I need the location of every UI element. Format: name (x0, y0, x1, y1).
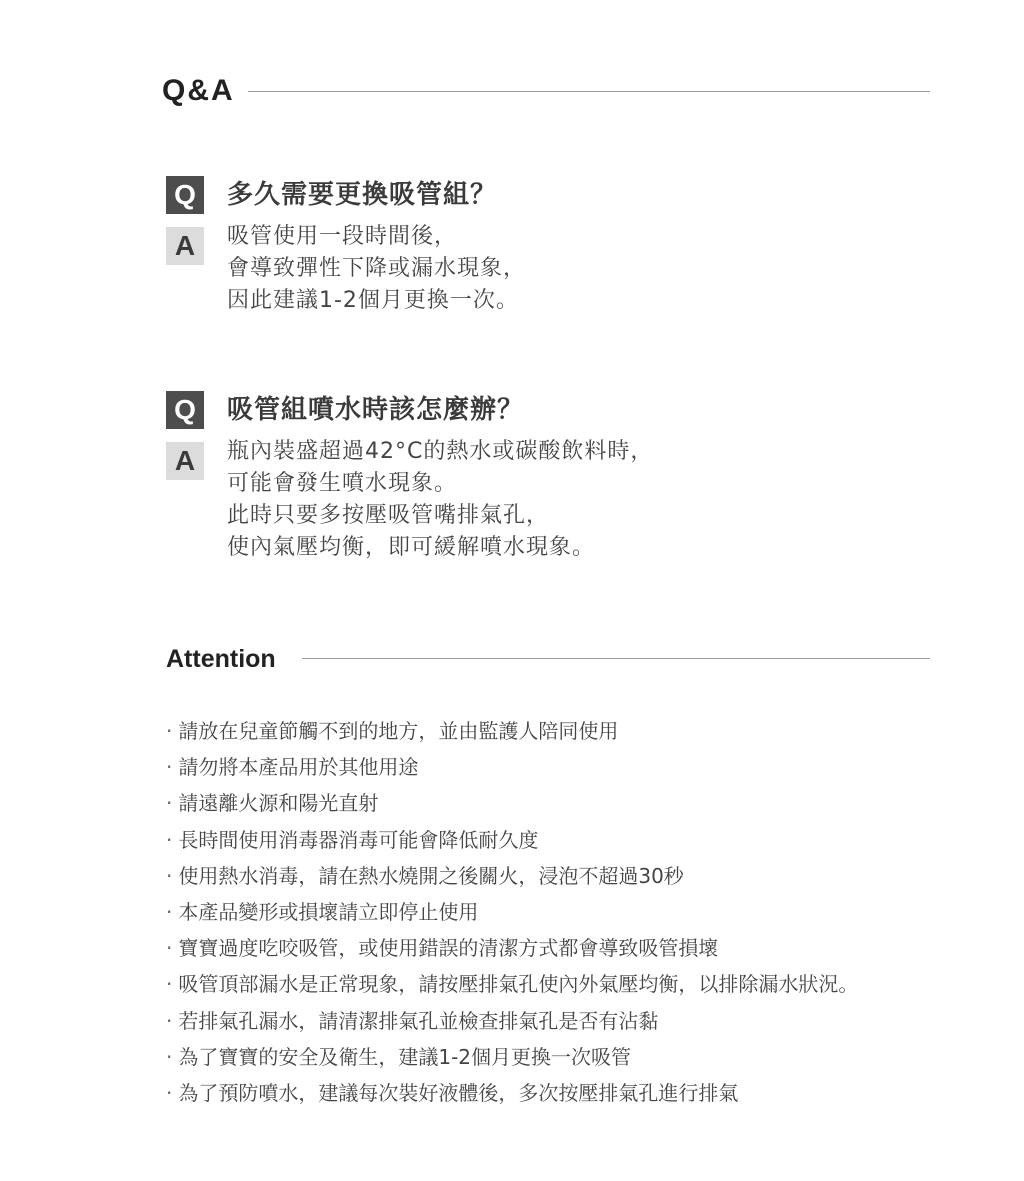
list-item-text: 使用熱水消毒，請在熱水燒開之後關火，浸泡不超過30秒 (178, 864, 683, 888)
list-item-text: 為了預防噴水，建議每次裝好液體後，多次按壓排氣孔進行排氣 (178, 1081, 738, 1105)
list-item-text: 請遠離火源和陽光直射 (178, 791, 378, 815)
answer-row: A 吸管使用一段時間後， 會導致彈性下降或漏水現象， 因此建議1-2個月更換一次… (166, 227, 526, 317)
answer-line: 因此建議1-2個月更換一次。 (227, 285, 526, 317)
attention-list: ·請放在兒童節觸不到的地方，並由監護人陪同使用 ·請勿將本產品用於其他用途 ·請… (166, 713, 858, 1111)
q-badge: Q (166, 391, 204, 429)
answer-line: 使內氣壓均衡，即可緩解噴水現象。 (227, 532, 653, 564)
attention-section-title: Attention (166, 645, 276, 674)
bullet-icon: · (166, 936, 172, 960)
a-badge: A (166, 442, 204, 480)
answer-line: 會導致彈性下降或漏水現象， (227, 253, 526, 285)
list-item: ·請勿將本產品用於其他用途 (166, 749, 858, 785)
question-text: 吸管組噴水時該怎麼辦？ (227, 391, 524, 429)
answer-text: 吸管使用一段時間後， 會導致彈性下降或漏水現象， 因此建議1-2個月更換一次。 (227, 221, 526, 317)
attention-divider (302, 658, 930, 659)
list-item: ·若排氣孔漏水，請清潔排氣孔並檢查排氣孔是否有沾黏 (166, 1003, 858, 1039)
question-row: Q 多久需要更換吸管組？ (166, 176, 526, 214)
list-item-text: 寶寶過度吃咬吸管，或使用錯誤的清潔方式都會導致吸管損壞 (178, 936, 718, 960)
list-item: ·請放在兒童節觸不到的地方，並由監護人陪同使用 (166, 713, 858, 749)
bullet-icon: · (166, 1009, 172, 1033)
bullet-icon: · (166, 1045, 172, 1069)
list-item-text: 吸管頂部漏水是正常現象，請按壓排氣孔使內外氣壓均衡，以排除漏水狀況。 (178, 972, 858, 996)
bullet-icon: · (166, 719, 172, 743)
list-item: ·請遠離火源和陽光直射 (166, 785, 858, 821)
qa-divider (248, 91, 930, 92)
list-item-text: 請勿將本產品用於其他用途 (178, 755, 418, 779)
q-badge: Q (166, 176, 204, 214)
list-item: ·為了預防噴水，建議每次裝好液體後，多次按壓排氣孔進行排氣 (166, 1075, 858, 1111)
bullet-icon: · (166, 900, 172, 924)
answer-line: 可能會發生噴水現象。 (227, 468, 653, 500)
bullet-icon: · (166, 972, 172, 996)
list-item-text: 本產品變形或損壞請立即停止使用 (178, 900, 478, 924)
list-item: ·本產品變形或損壞請立即停止使用 (166, 894, 858, 930)
qa-item: Q 吸管組噴水時該怎麼辦？ A 瓶內裝盛超過42°C的熱水或碳酸飲料時， 可能會… (166, 391, 653, 564)
question-text: 多久需要更換吸管組？ (227, 176, 497, 214)
answer-line: 瓶內裝盛超過42°C的熱水或碳酸飲料時， (227, 436, 653, 468)
qa-section-title: Q&A (162, 74, 235, 108)
bullet-icon: · (166, 864, 172, 888)
list-item: ·寶寶過度吃咬吸管，或使用錯誤的清潔方式都會導致吸管損壞 (166, 930, 858, 966)
a-badge: A (166, 227, 204, 265)
list-item: ·使用熱水消毒，請在熱水燒開之後關火，浸泡不超過30秒 (166, 858, 858, 894)
answer-line: 此時只要多按壓吸管嘴排氣孔， (227, 500, 653, 532)
bullet-icon: · (166, 791, 172, 815)
question-row: Q 吸管組噴水時該怎麼辦？ (166, 391, 653, 429)
bullet-icon: · (166, 1081, 172, 1105)
bullet-icon: · (166, 755, 172, 779)
list-item: ·長時間使用消毒器消毒可能會降低耐久度 (166, 822, 858, 858)
qa-item: Q 多久需要更換吸管組？ A 吸管使用一段時間後， 會導致彈性下降或漏水現象， … (166, 176, 526, 317)
list-item: ·為了寶寶的安全及衛生，建議1-2個月更換一次吸管 (166, 1039, 858, 1075)
list-item-text: 為了寶寶的安全及衛生，建議1-2個月更換一次吸管 (178, 1045, 631, 1069)
answer-row: A 瓶內裝盛超過42°C的熱水或碳酸飲料時， 可能會發生噴水現象。 此時只要多按… (166, 442, 653, 564)
list-item-text: 請放在兒童節觸不到的地方，並由監護人陪同使用 (178, 719, 618, 743)
answer-line: 吸管使用一段時間後， (227, 221, 526, 253)
list-item-text: 若排氣孔漏水，請清潔排氣孔並檢查排氣孔是否有沾黏 (178, 1009, 658, 1033)
bullet-icon: · (166, 828, 172, 852)
list-item-text: 長時間使用消毒器消毒可能會降低耐久度 (178, 828, 538, 852)
answer-text: 瓶內裝盛超過42°C的熱水或碳酸飲料時， 可能會發生噴水現象。 此時只要多按壓吸… (227, 436, 653, 564)
list-item: ·吸管頂部漏水是正常現象，請按壓排氣孔使內外氣壓均衡，以排除漏水狀況。 (166, 966, 858, 1002)
